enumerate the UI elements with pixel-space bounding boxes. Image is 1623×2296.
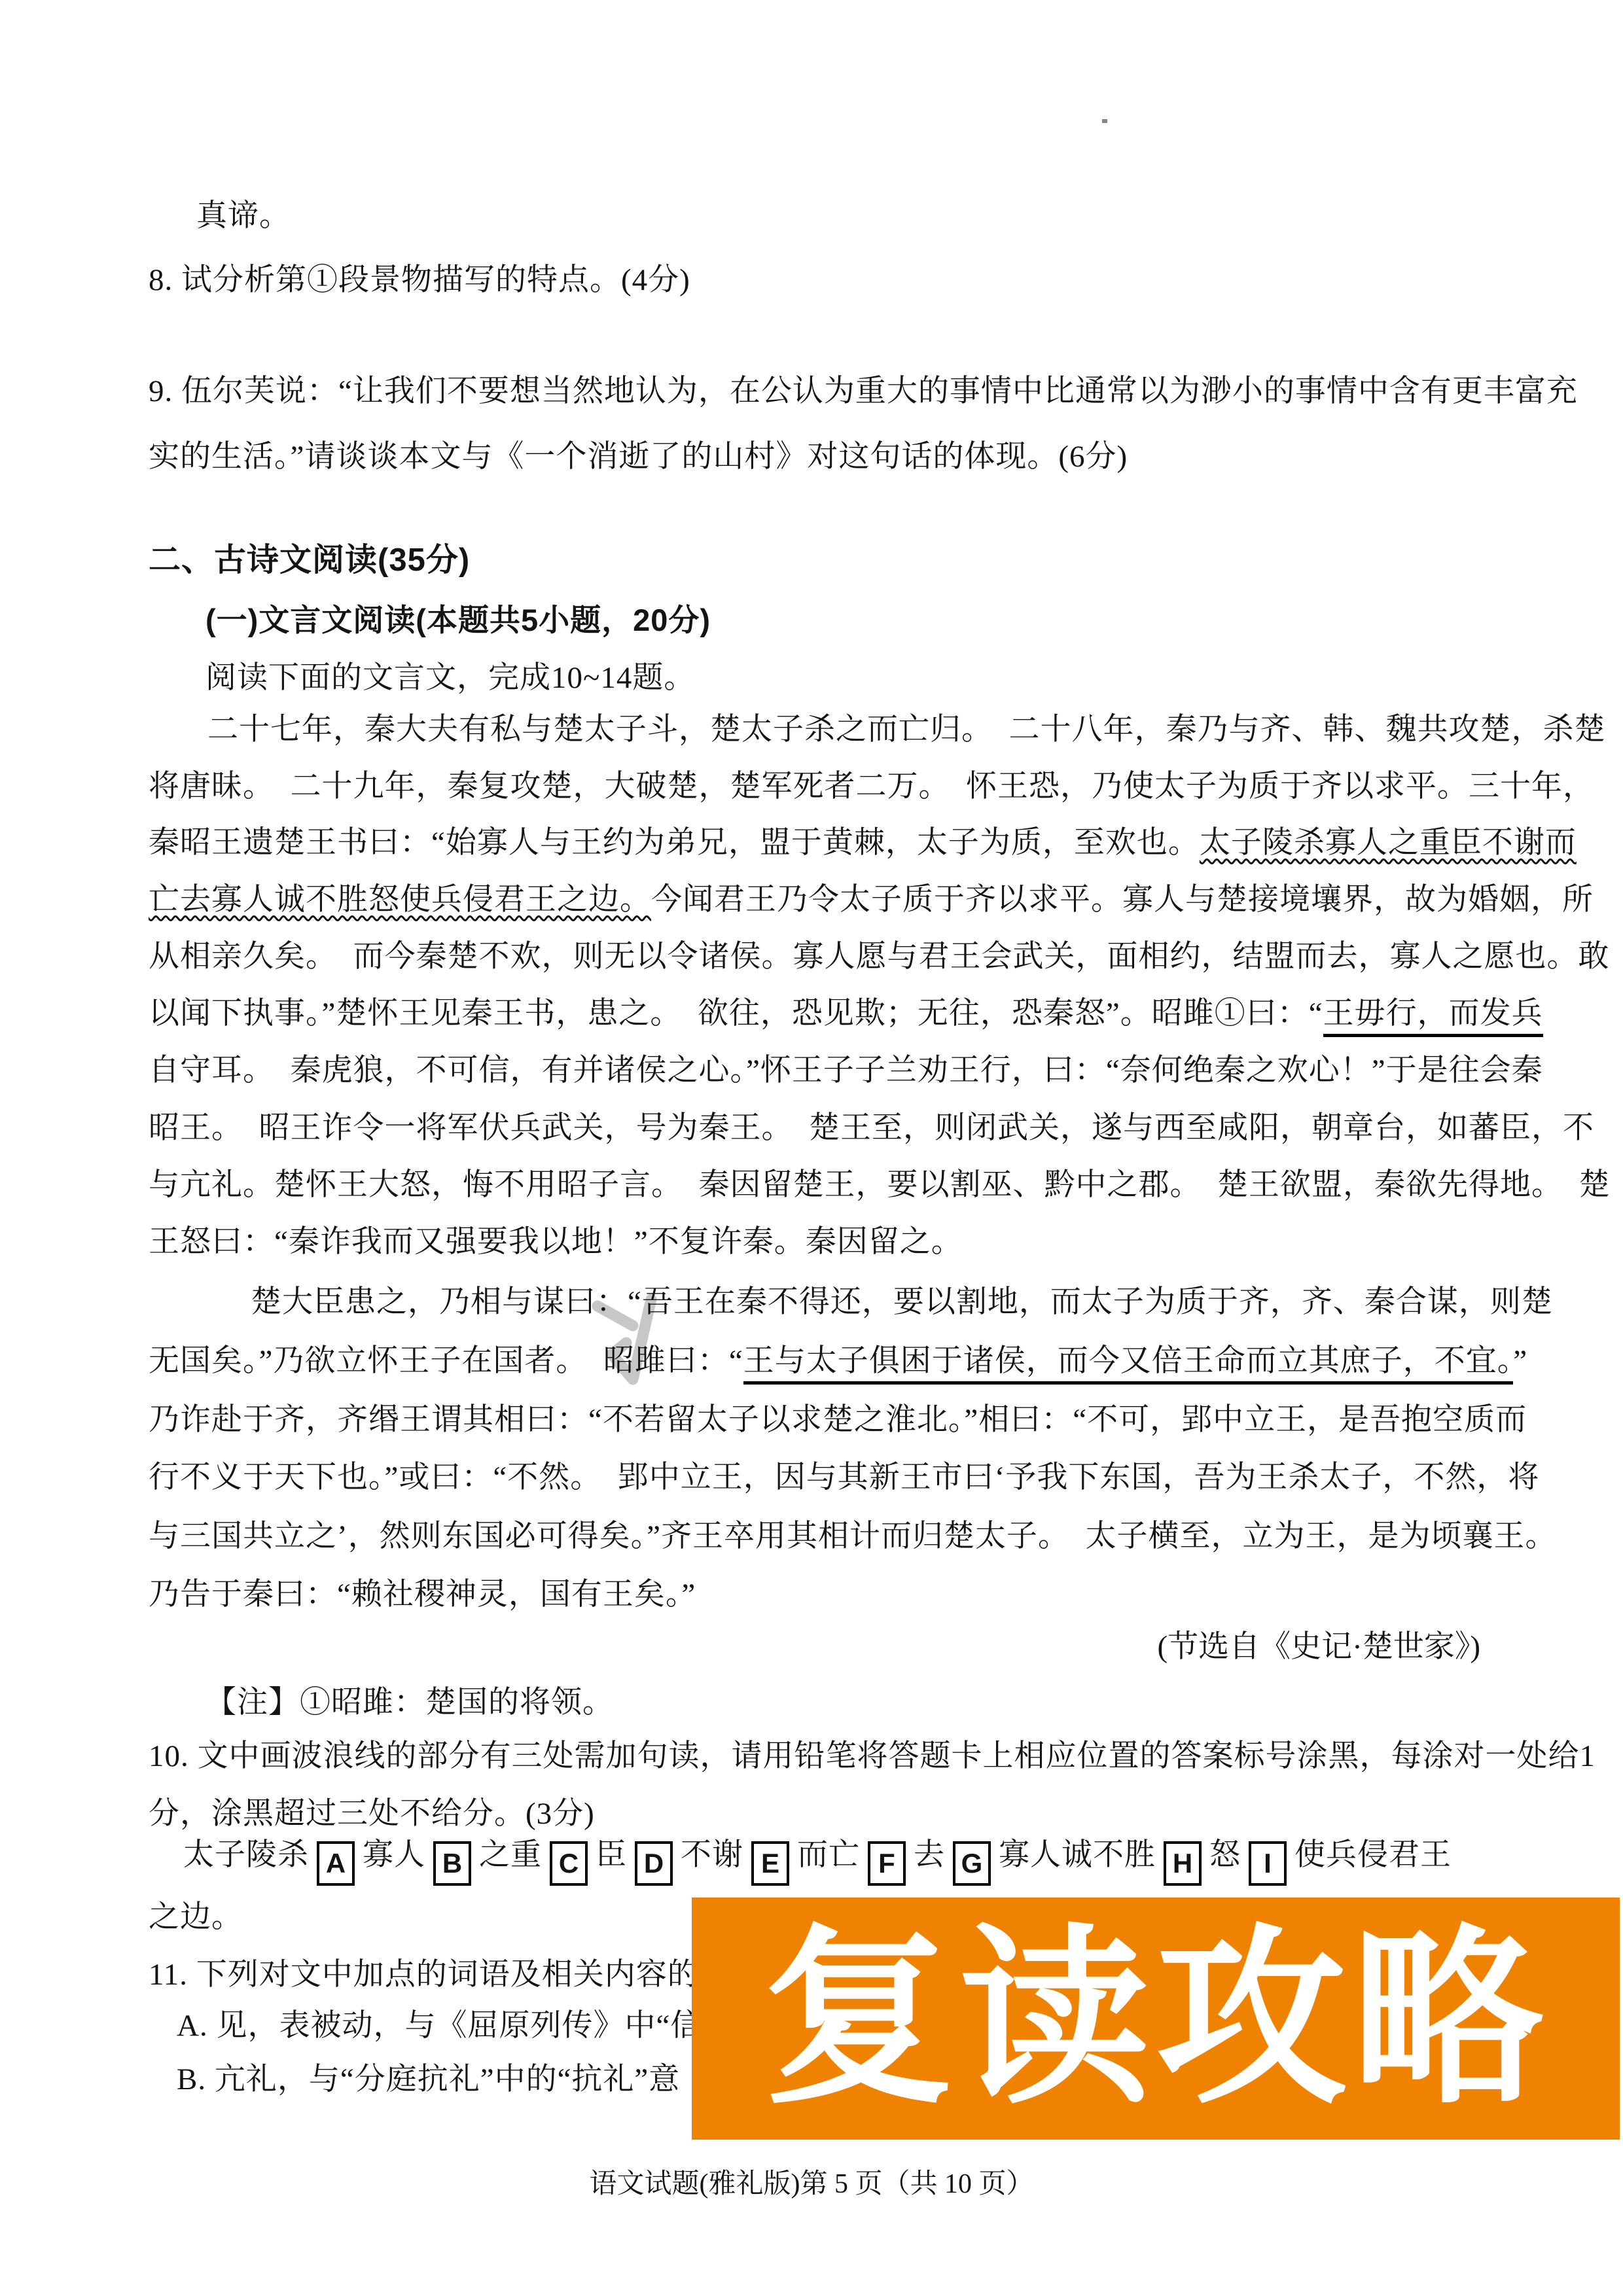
q10-option-box-G[interactable]: G: [953, 1841, 991, 1886]
q10-option-box-E[interactable]: E: [751, 1841, 789, 1886]
q10-option-box-H[interactable]: H: [1164, 1841, 1202, 1886]
question-11-option-b: B. 亢礼，与“分庭抗礼”中的“抗礼”意: [177, 2060, 680, 2099]
passage-line: 将唐昧。 二十九年，秦复攻楚，大破楚，楚军死者二万。 怀王恐，乃使太子为质于齐以…: [149, 767, 1594, 806]
question-8: 8. 试分析第①段景物描写的特点。(4分): [149, 260, 690, 300]
q10-option-box-A[interactable]: A: [317, 1841, 355, 1886]
passage-text: 今闻君王乃令太子质于齐以求平。寡人与楚接境壤界，故为婚姻，所: [651, 883, 1594, 917]
passage-note: 【注】①昭雎：楚国的将领。: [205, 1683, 614, 1722]
question-10-line1: 10. 文中画波浪线的部分有三处需加句读，请用铅笔将答题卡上相应位置的答案标号涂…: [149, 1737, 1596, 1776]
question-9-line1: 9. 伍尔芙说：“让我们不要想当然地认为，在公认为重大的事情中比通常以为渺小的事…: [149, 372, 1578, 411]
passage-text: 秦昭王遗楚王书曰：“始寡人与王约为弟兄，盟于黄棘，太子为质，至欢也。: [149, 826, 1200, 860]
q10-text-part: 之重: [479, 1838, 542, 1872]
question-11: 11. 下列对文中加点的词语及相关内容的解说: [149, 1955, 762, 1994]
q10-option-box-F[interactable]: F: [868, 1841, 906, 1886]
passage-line: 自守耳。 秦虎狼，不可信，有并诸侯之心。”怀王子子兰劝王行，曰：“奈何绝秦之欢心…: [149, 1051, 1543, 1090]
q10-text-part: 臣: [596, 1838, 627, 1872]
passage-text: 无国矣。”乃欲立怀王子在国者。 昭雎曰：“: [149, 1344, 743, 1378]
passage-line: 无国矣。”乃欲立怀王子在国者。 昭雎曰：“王与太子俱困于诸侯，而今又倍王命而立其…: [149, 1341, 1527, 1381]
question-9-line2: 实的生活。”请谈谈本文与《一个消逝了的山村》对这句话的体现。(6分): [149, 437, 1128, 476]
passage-line: 二十七年，秦大夫有私与楚太子斗，楚太子杀之而亡归。 二十八年，秦乃与齐、韩、魏共…: [207, 710, 1606, 749]
passage-line: 乃告于秦曰：“赖社稷神灵，国有王矣。”: [149, 1575, 696, 1614]
scan-speck: [1102, 119, 1107, 123]
question-10-line2: 分，涂黑超过三处不给分。(3分): [149, 1794, 595, 1833]
passage-line: 与亢礼。楚怀王大怒，悔不用昭子言。 秦因留楚王，要以割巫、黔中之郡。 楚王欲盟，…: [149, 1165, 1611, 1205]
wavy-underlined-text: 太子陵杀寡人之重臣不谢而: [1200, 826, 1577, 860]
q10-text-part: 不谢: [681, 1838, 743, 1872]
passage-text: ”: [1513, 1344, 1527, 1378]
q10-option-box-D[interactable]: D: [635, 1841, 673, 1886]
passage-line: 从相亲久矣。 而今秦楚不欢，则无以令诸侯。寡人愿与君王会武关，面相约，结盟而去，…: [149, 937, 1610, 976]
passage-line: 昭王。 昭王诈令一将军伏兵武关，号为秦王。 楚王至，则闭武关，遂与西至咸阳，朝章…: [149, 1108, 1594, 1148]
q10-option-box-C[interactable]: C: [550, 1841, 588, 1886]
passage-line: 以闻下执事。”楚怀王见秦王书，患之。 欲往，恐见欺；无往，恐秦怒”。昭雎①曰：“…: [149, 994, 1543, 1033]
q10-text-part: 而亡: [797, 1838, 860, 1872]
q10-sentence-tail: 之边。: [149, 1898, 243, 1937]
solid-underlined-text: 王毋行，而发兵: [1323, 997, 1543, 1037]
solid-underlined-text: 王与太子俱困于诸侯，而今又倍王命而立其庶子，不宜。: [743, 1344, 1514, 1385]
overlay-banner: 复读攻略: [692, 1898, 1620, 2140]
passage-line: 楚大臣患之，乃相与谋曰：“吾王在秦不得还，要以割地，而太子为质于齐，齐、秦合谋，…: [251, 1282, 1553, 1322]
q10-segmented-sentence: 太子陵杀A寡人B之重C臣D不谢E而亡F去G寡人诚不胜H怒I使兵侵君王: [183, 1832, 1452, 1886]
q10-text-part: 去: [914, 1838, 945, 1872]
passage-line: 王怒曰：“秦诈我而又强要我以地！”不复许秦。秦因留之。: [149, 1222, 963, 1262]
passage-intro: 阅读下面的文言文，完成10~14题。: [205, 658, 695, 698]
q10-text-part: 寡人诚不胜: [999, 1838, 1156, 1872]
page-footer: 语文试题(雅礼版)第 5 页（共 10 页）: [0, 2167, 1623, 2201]
section-subheading: (一)文言文阅读(本题共5小题，20分): [205, 601, 711, 640]
section-heading: 二、古诗文阅读(35分): [149, 540, 470, 580]
passage-text: 以闻下执事。”楚怀王见秦王书，患之。 欲往，恐见欺；无往，恐秦怒”。昭雎①曰：“: [149, 997, 1323, 1031]
passage-line: 秦昭王遗楚王书曰：“始寡人与王约为弟兄，盟于黄棘，太子为质，至欢也。太子陵杀寡人…: [149, 823, 1577, 862]
passage-line: 行不义于天下也。”或曰：“不然。 郢中立王，因与其新王市曰‘予我下东国，吾为王杀…: [149, 1458, 1539, 1497]
passage-source: (节选自《史记·楚世家》): [149, 1627, 1480, 1667]
overlay-banner-text: 复读攻略: [763, 1923, 1548, 2114]
exam-paper-page: 真谛。 8. 试分析第①段景物描写的特点。(4分) 9. 伍尔芙说：“让我们不要…: [0, 0, 1623, 2296]
q10-text-part: 使兵侵君王: [1294, 1838, 1452, 1872]
q10-option-box-I[interactable]: I: [1249, 1841, 1287, 1886]
q10-text-part: 太子陵杀: [183, 1838, 309, 1872]
q10-option-box-B[interactable]: B: [433, 1841, 471, 1886]
passage-line: 乃诈赴于齐，齐缗王谓其相曰：“不若留太子以求楚之淮北。”相曰：“不可，郢中立王，…: [149, 1400, 1527, 1439]
wavy-underlined-text: 亡去寡人诚不胜怒使兵侵君王之边。: [149, 883, 651, 917]
answer-tail-text: 真谛。: [196, 196, 291, 236]
q10-text-part: 寡人: [363, 1838, 425, 1872]
q10-text-part: 怒: [1209, 1838, 1241, 1872]
passage-line: 与三国共立之’，然则东国必可得矣。”齐王卒用其相计而归楚太子。 太子横至，立为王…: [149, 1517, 1557, 1556]
passage-line: 亡去寡人诚不胜怒使兵侵君王之边。今闻君王乃令太子质于齐以求平。寡人与楚接境壤界，…: [149, 880, 1594, 919]
question-11-option-a: A. 见，表被动，与《屈原列传》中“信而: [177, 2006, 733, 2045]
